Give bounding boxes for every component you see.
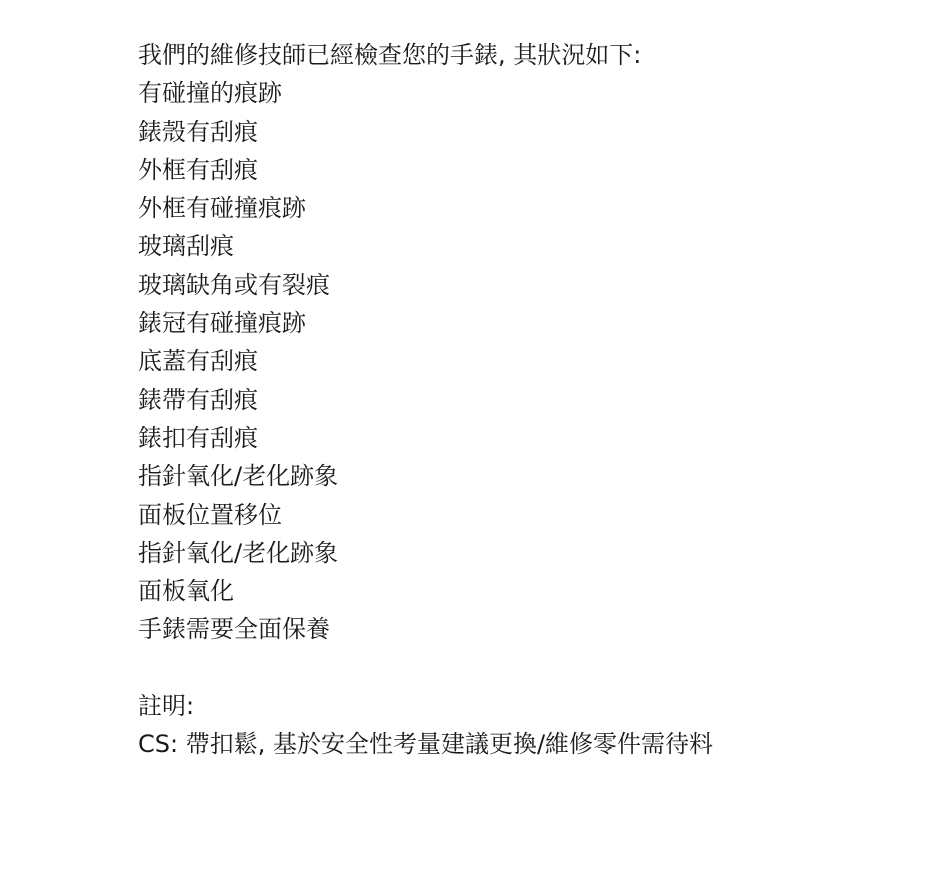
- condition-item: 有碰撞的痕跡: [138, 74, 713, 112]
- condition-list: 有碰撞的痕跡 錶殼有刮痕 外框有刮痕 外框有碰撞痕跡 玻璃刮痕 玻璃缺角或有裂痕…: [138, 74, 713, 648]
- condition-item: 錶帶有刮痕: [138, 381, 713, 419]
- condition-item: 錶冠有碰撞痕跡: [138, 304, 713, 342]
- condition-item: 外框有碰撞痕跡: [138, 189, 713, 227]
- condition-item: 指針氧化/老化跡象: [138, 457, 713, 495]
- notes-label: 註明:: [138, 687, 713, 725]
- condition-item: 底蓋有刮痕: [138, 342, 713, 380]
- condition-item: 面板位置移位: [138, 496, 713, 534]
- condition-item: 手錶需要全面保養: [138, 610, 713, 648]
- paragraph-spacer: [138, 649, 713, 687]
- condition-item: 指針氧化/老化跡象: [138, 534, 713, 572]
- condition-item: 外框有刮痕: [138, 151, 713, 189]
- condition-item: 錶殼有刮痕: [138, 113, 713, 151]
- intro-text: 我們的維修技師已經檢查您的手錶, 其狀況如下:: [138, 36, 713, 74]
- note-text: CS: 帶扣鬆, 基於安全性考量建議更換/維修零件需待料: [138, 725, 713, 763]
- condition-item: 面板氧化: [138, 572, 713, 610]
- watch-inspection-report: 我們的維修技師已經檢查您的手錶, 其狀況如下: 有碰撞的痕跡 錶殼有刮痕 外框有…: [138, 36, 713, 763]
- condition-item: 玻璃刮痕: [138, 227, 713, 265]
- condition-item: 玻璃缺角或有裂痕: [138, 266, 713, 304]
- condition-item: 錶扣有刮痕: [138, 419, 713, 457]
